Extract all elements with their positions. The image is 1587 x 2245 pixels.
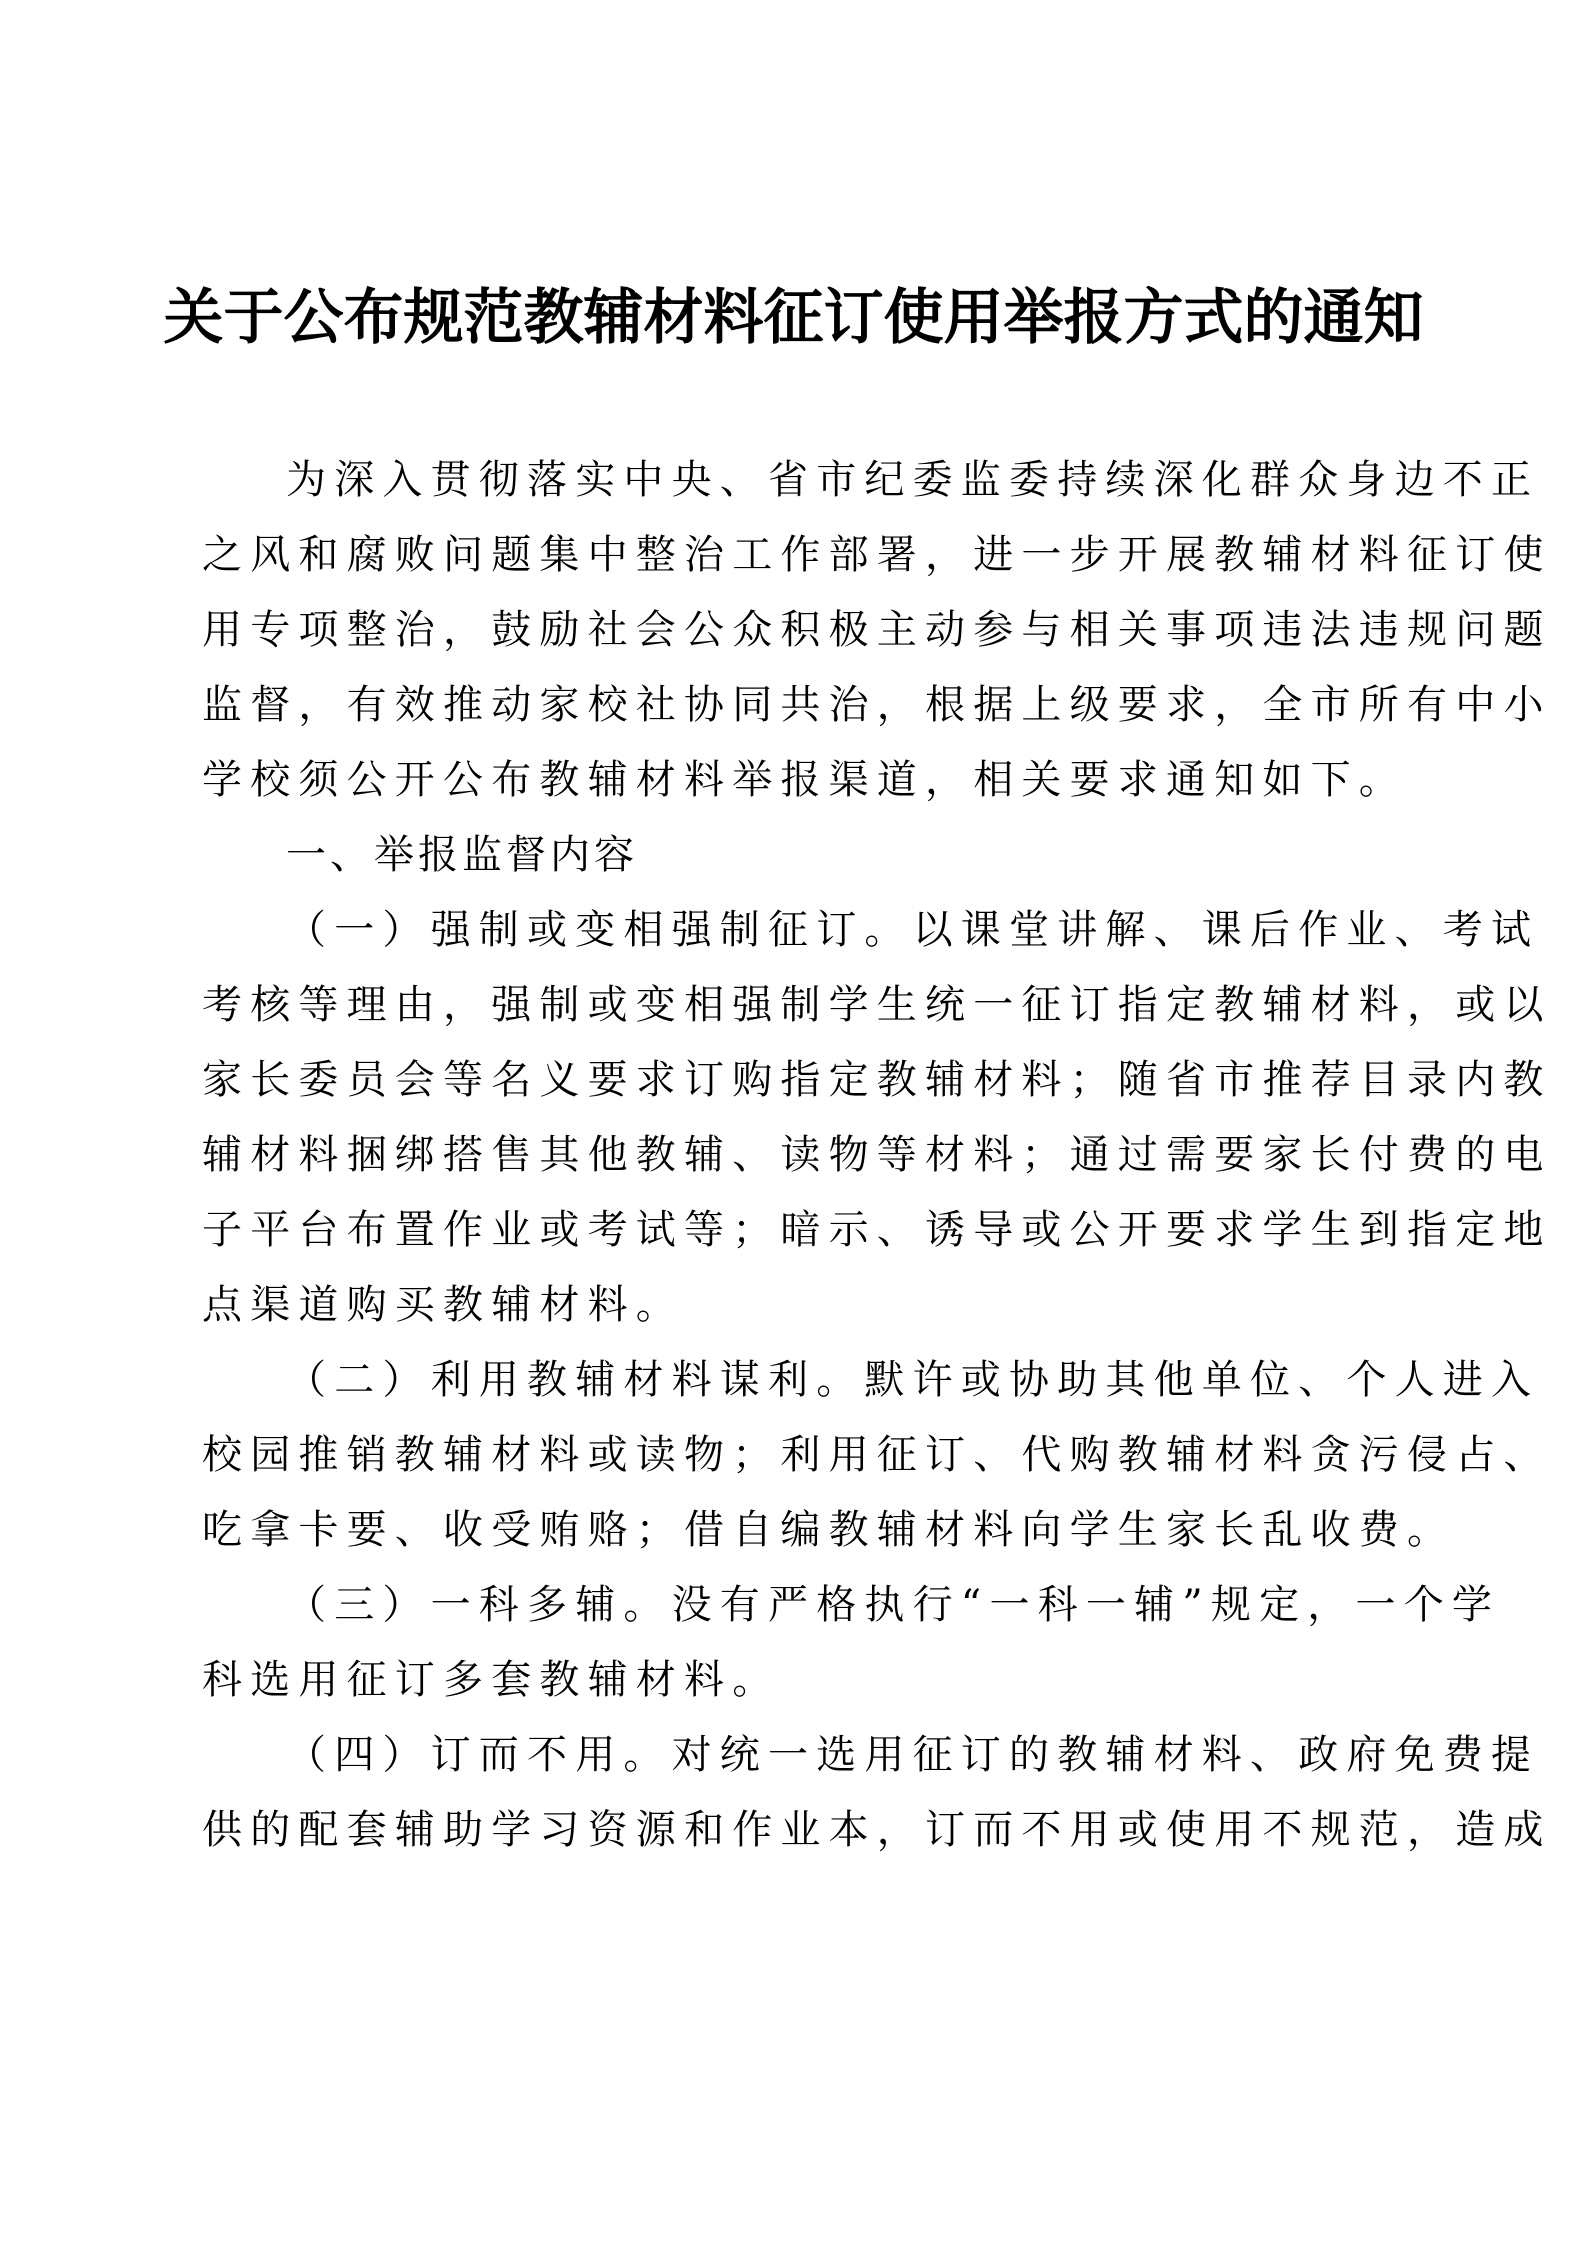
- paragraph-line: （三）一科多辅。没有严格执行“一科一辅”规定，一个学: [202, 1568, 1392, 1643]
- paragraph-line: 吃拿卡要、收受贿赂；借自编教辅材料向学生家长乱收费。: [202, 1493, 1392, 1568]
- paragraph-line: （一）强制或变相强制征订。以课堂讲解、课后作业、考试: [202, 893, 1392, 968]
- paragraph-line: （四）订而不用。对统一选用征订的教辅材料、政府免费提: [202, 1718, 1392, 1793]
- intro-paragraph: 为深入贯彻落实中央、省市纪委监委持续深化群众身边不正 之风和腐败问题集中整治工作…: [202, 443, 1392, 818]
- paragraph-line: 考核等理由，强制或变相强制学生统一征订指定教辅材料，或以: [202, 968, 1392, 1043]
- section-heading: 一、举报监督内容: [202, 818, 1392, 893]
- paragraph-line: 学校须公开公布教辅材料举报渠道，相关要求通知如下。: [202, 743, 1392, 818]
- item-paragraph-4: （四）订而不用。对统一选用征订的教辅材料、政府免费提 供的配套辅助学习资源和作业…: [202, 1718, 1392, 1868]
- paragraph-line: 子平台布置作业或考试等；暗示、诱导或公开要求学生到指定地: [202, 1193, 1392, 1268]
- item-paragraph-3: （三）一科多辅。没有严格执行“一科一辅”规定，一个学 科选用征订多套教辅材料。: [202, 1568, 1392, 1718]
- item-paragraph-2: （二）利用教辅材料谋利。默许或协助其他单位、个人进入 校园推销教辅材料或读物；利…: [202, 1343, 1392, 1568]
- paragraph-line: 点渠道购买教辅材料。: [202, 1268, 1392, 1343]
- paragraph-line: （二）利用教辅材料谋利。默许或协助其他单位、个人进入: [202, 1343, 1392, 1418]
- document-title: 关于公布规范教辅材料征订使用举报方式的通知: [0, 278, 1587, 358]
- item-paragraph-1: （一）强制或变相强制征订。以课堂讲解、课后作业、考试 考核等理由，强制或变相强制…: [202, 893, 1392, 1343]
- paragraph-line: 校园推销教辅材料或读物；利用征订、代购教辅材料贪污侵占、: [202, 1418, 1392, 1493]
- paragraph-line: 为深入贯彻落实中央、省市纪委监委持续深化群众身边不正: [202, 443, 1392, 518]
- paragraph-line: 之风和腐败问题集中整治工作部署，进一步开展教辅材料征订使: [202, 518, 1392, 593]
- paragraph-line: 用专项整治，鼓励社会公众积极主动参与相关事项违法违规问题: [202, 593, 1392, 668]
- paragraph-line: 家长委员会等名义要求订购指定教辅材料；随省市推荐目录内教: [202, 1043, 1392, 1118]
- document-page: 关于公布规范教辅材料征订使用举报方式的通知 为深入贯彻落实中央、省市纪委监委持续…: [0, 0, 1587, 2245]
- paragraph-line: 科选用征订多套教辅材料。: [202, 1643, 1392, 1718]
- paragraph-line: 供的配套辅助学习资源和作业本，订而不用或使用不规范，造成: [202, 1793, 1392, 1868]
- paragraph-line: 辅材料捆绑搭售其他教辅、读物等材料；通过需要家长付费的电: [202, 1118, 1392, 1193]
- document-body: 为深入贯彻落实中央、省市纪委监委持续深化群众身边不正 之风和腐败问题集中整治工作…: [202, 443, 1392, 1868]
- paragraph-line: 监督，有效推动家校社协同共治，根据上级要求，全市所有中小: [202, 668, 1392, 743]
